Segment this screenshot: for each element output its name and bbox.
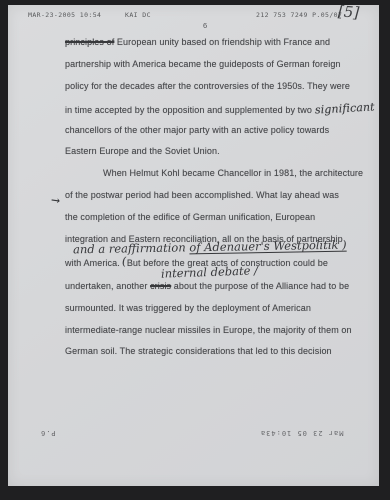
typed-text: undertaken, another: [65, 281, 150, 291]
fax-datetime: MAR-23-2005 10:54: [28, 11, 101, 19]
text-line: When Helmut Kohl became Chancellor in 19…: [65, 168, 365, 190]
text-line: of the postwar period had been accomplis…: [65, 190, 365, 212]
handwritten-page-mark: [5]: [337, 2, 359, 21]
handwritten-text: significant: [314, 100, 374, 116]
body-lines: principles of European unity based on fr…: [65, 37, 365, 368]
typed-text: about the purpose of the Alliance had to…: [171, 281, 349, 291]
struck-text: principles of: [65, 37, 114, 47]
fax-screenshot: { "fax_header": { "datetime": "MAR-23-20…: [0, 0, 390, 500]
struck-text: crisis: [150, 281, 171, 291]
typed-text: surmounted. It was triggered by the depl…: [65, 303, 311, 313]
typed-text: Eastern Europe and the Soviet Union.: [65, 146, 220, 156]
handwritten-text: and a reaffirmation: [73, 240, 190, 256]
page-number: 6: [203, 21, 207, 30]
typed-text: the completion of the edifice of German …: [65, 212, 315, 222]
typed-text: of the postwar period had been accomplis…: [65, 190, 339, 200]
fax-number-page: 212 753 7249 P.05/07: [256, 11, 342, 19]
text-line: partnership with America became the guid…: [65, 59, 365, 81]
text-line: surmounted. It was triggered by the depl…: [65, 303, 365, 325]
fax-header: MAR-23-2005 10:54 KAI DC 212 753 7249 P.…: [8, 11, 379, 23]
typed-text: When Helmut Kohl became Chancellor in 19…: [103, 168, 363, 178]
typed-text: with America.: [65, 258, 122, 268]
text-line: in time accepted by the opposition and s…: [65, 103, 365, 125]
text-line: policy for the decades after the controv…: [65, 81, 365, 103]
upside-down-page-label: P.6: [40, 429, 56, 437]
text-line: principles of European unity based on fr…: [65, 37, 365, 59]
typed-text: partnership with America became the guid…: [65, 59, 341, 69]
typed-text: in time accepted by the opposition and s…: [65, 105, 315, 115]
typed-text: German soil. The strategic consideration…: [65, 346, 332, 356]
typed-text: European unity based on friendship with …: [114, 37, 330, 47]
typed-text: intermediate-range nuclear missiles in E…: [65, 325, 352, 335]
handwritten-text: (: [122, 255, 127, 268]
text-line: Eastern Europe and the Soviet Union.: [65, 146, 365, 168]
upside-down-timestamp: Mar 23 05 10:43a: [260, 429, 343, 437]
text-line: the completion of the edifice of German …: [65, 212, 365, 234]
handwritten-text-underlined: of Adenauer's Westpolitik ): [189, 238, 346, 255]
text-line: chancellors of the other major party wit…: [65, 125, 365, 147]
text-line: German soil. The strategic consideration…: [65, 346, 365, 368]
text-line: undertaken, another crisis about the pur…: [65, 281, 365, 303]
fax-paper: MAR-23-2005 10:54 KAI DC 212 753 7249 P.…: [8, 5, 379, 486]
typed-text: chancellors of the other major party wit…: [65, 125, 329, 135]
handwritten-insertion-internal-debate: internal debate /: [161, 263, 258, 280]
insertion-arrow-icon: →: [50, 193, 60, 207]
typed-text: policy for the decades after the controv…: [65, 81, 350, 91]
text-line: intermediate-range nuclear missiles in E…: [65, 325, 365, 347]
fax-sender: KAI DC: [125, 11, 151, 19]
